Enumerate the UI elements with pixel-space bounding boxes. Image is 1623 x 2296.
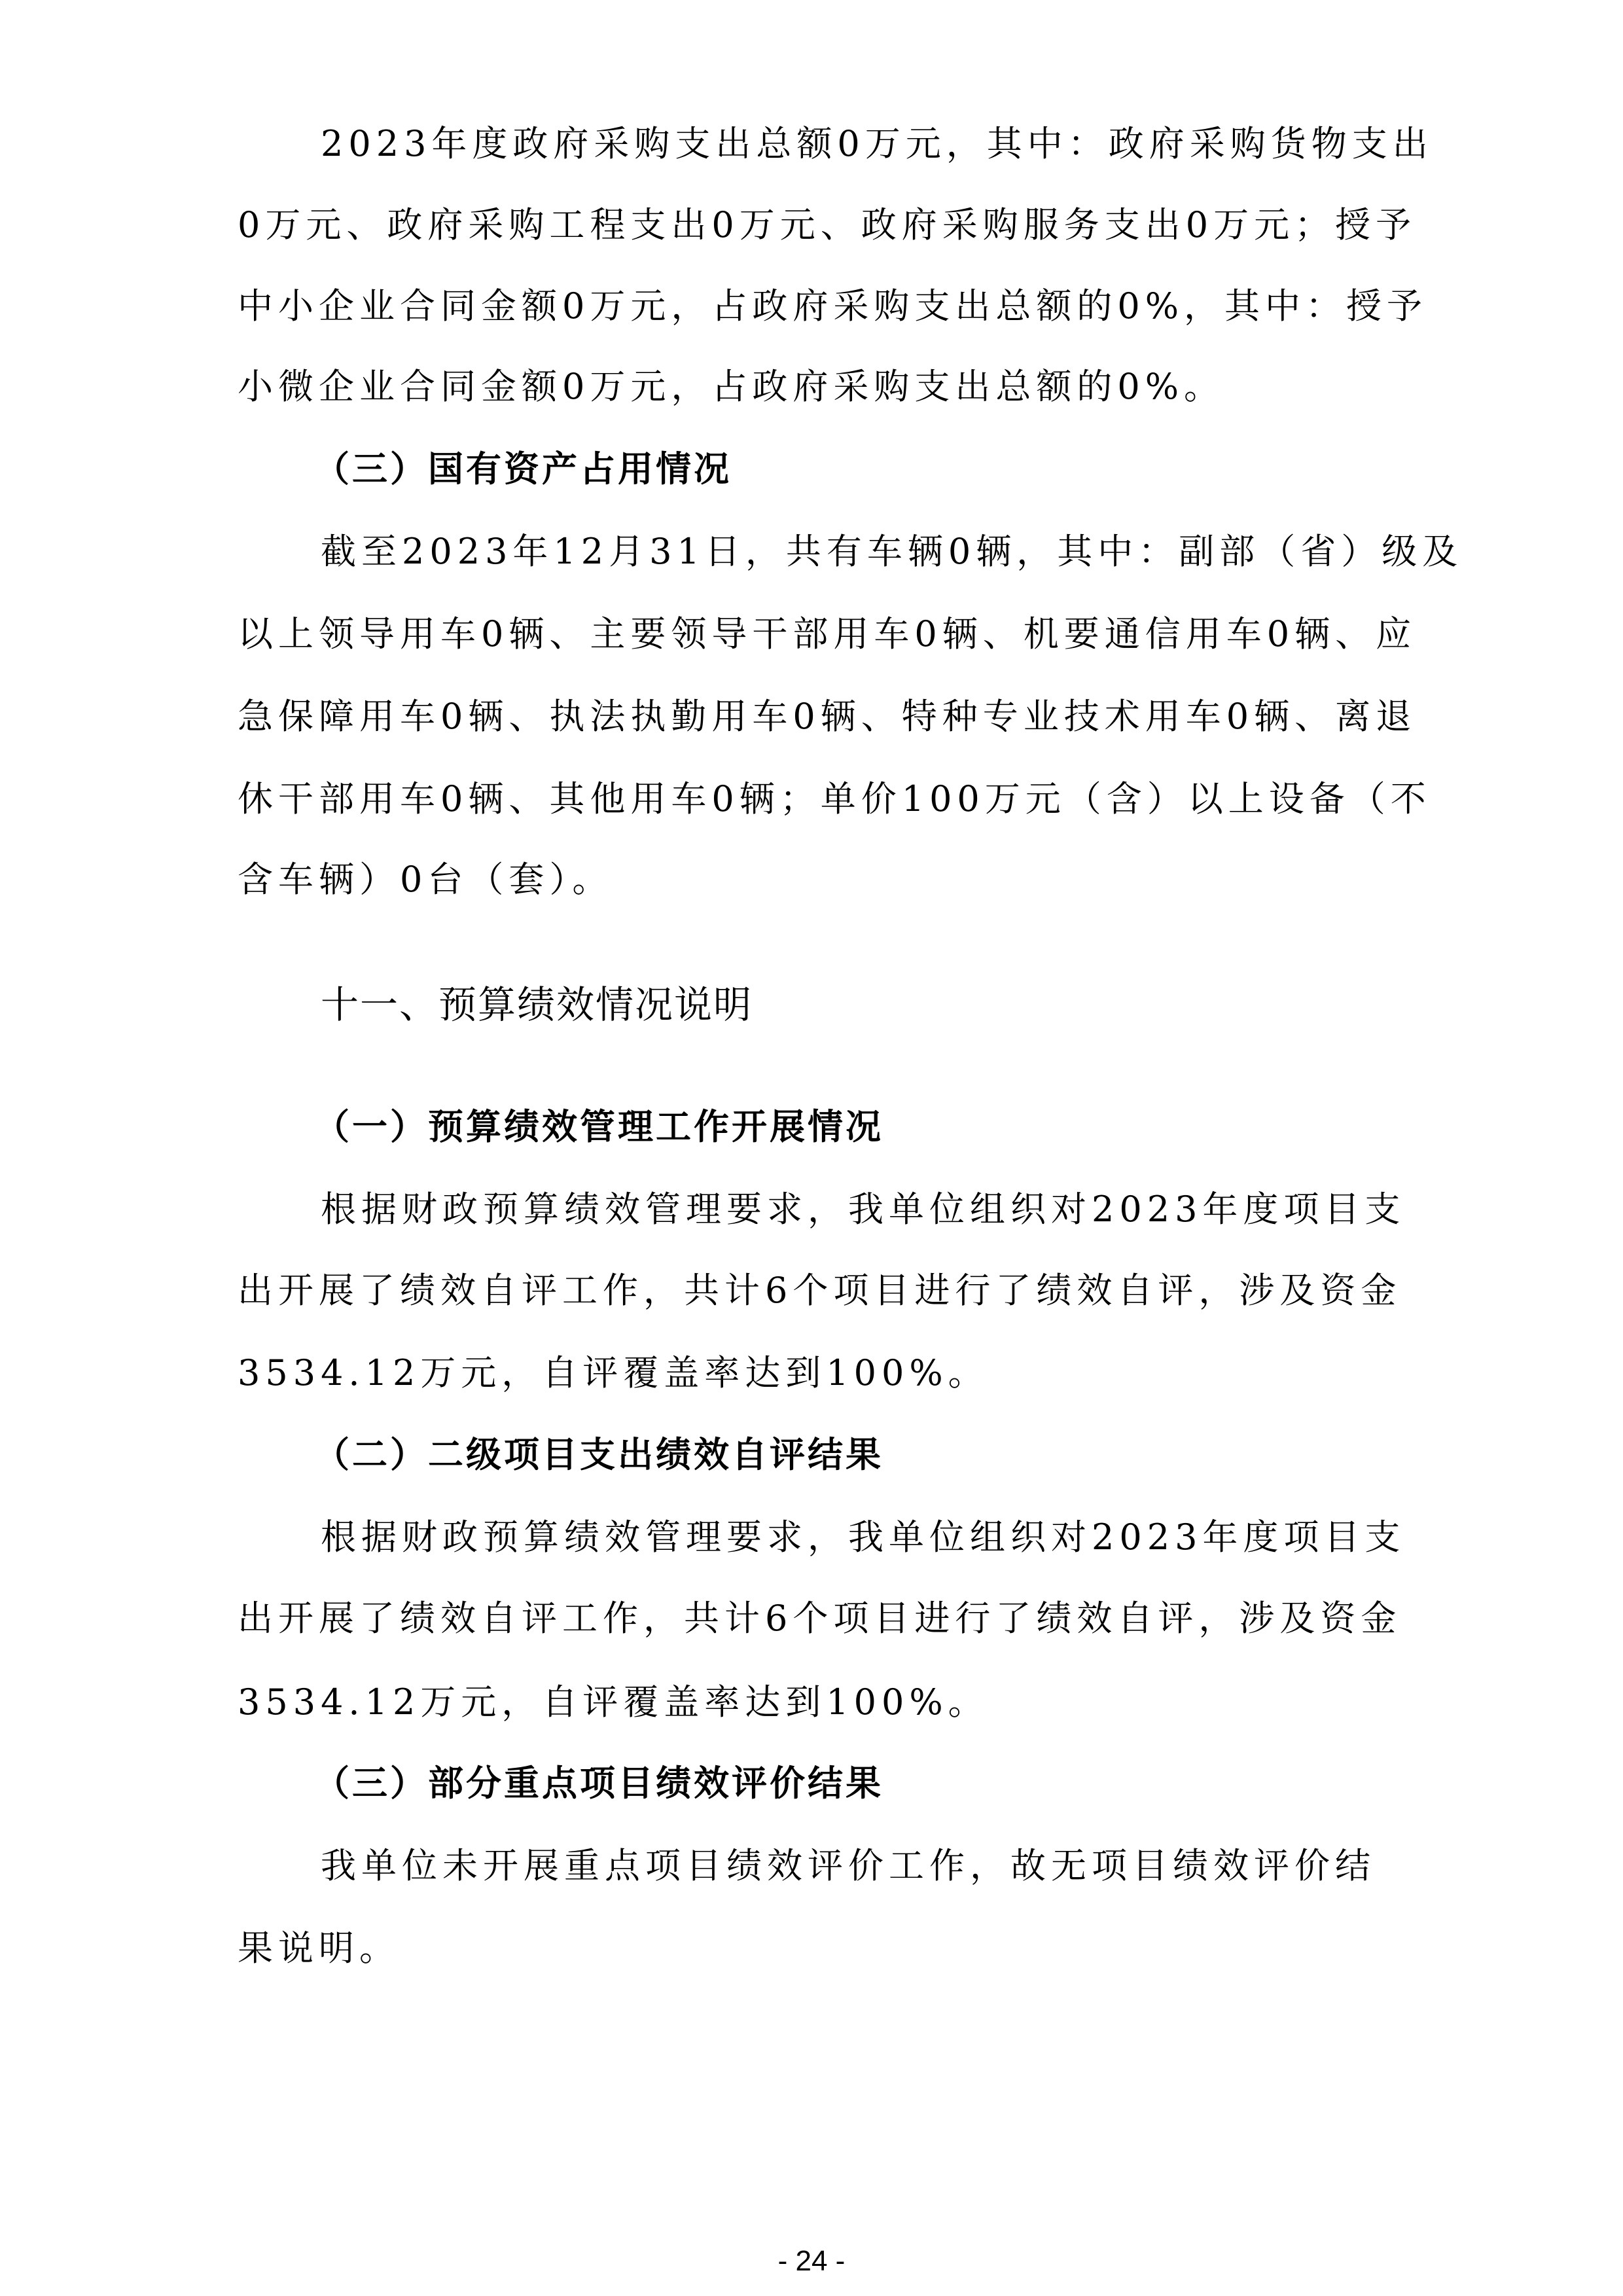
paragraph-line: 含车辆）0台（套）。: [238, 857, 1402, 903]
paragraph-line: 中小企业合同金额0万元，占政府采购支出总额的0%，其中：授予: [238, 283, 1402, 329]
section-heading-key-project-evaluation: （三）部分重点项目绩效评价结果: [314, 1761, 883, 1806]
chapter-heading-performance: 十一、预算绩效情况说明: [321, 980, 753, 1030]
section-heading-state-assets: （三）国有资产占用情况: [314, 446, 732, 492]
paragraph-line: 0万元、政府采购工程支出0万元、政府采购服务支出0万元；授予: [238, 202, 1402, 248]
section-heading-performance-management: （一）预算绩效管理工作开展情况: [314, 1104, 883, 1150]
paragraph-line: 果说明。: [238, 1926, 1402, 1971]
paragraph-line: 出开展了绩效自评工作，共计6个项目进行了绩效自评，涉及资金: [238, 1596, 1402, 1641]
paragraph-line: 小微企业合同金额0万元，占政府采购支出总额的0%。: [238, 364, 1402, 410]
section-heading-project-self-evaluation: （二）二级项目支出绩效自评结果: [314, 1432, 883, 1478]
paragraph-line: 2023年度政府采购支出总额0万元，其中：政府采购货物支出: [321, 121, 1402, 167]
paragraph-line: 急保障用车0辆、执法执勤用车0辆、特种专业技术用车0辆、离退: [238, 694, 1402, 740]
paragraph-line: 出开展了绩效自评工作，共计6个项目进行了绩效自评，涉及资金: [238, 1268, 1402, 1314]
page-number: - 24 -: [0, 2242, 1623, 2281]
paragraph-line: 休干部用车0辆、其他用车0辆；单价100万元（含）以上设备（不: [238, 776, 1402, 822]
paragraph-line: 根据财政预算绩效管理要求，我单位组织对2023年度项目支: [321, 1515, 1402, 1560]
paragraph-line: 截至2023年12月31日，共有车辆0辆，其中：副部（省）级及: [321, 529, 1402, 575]
paragraph-line: 3534.12万元，自评覆盖率达到100%。: [238, 1350, 1402, 1396]
paragraph-line: 以上领导用车0辆、主要领导干部用车0辆、机要通信用车0辆、应: [238, 611, 1402, 657]
paragraph-line: 根据财政预算绩效管理要求，我单位组织对2023年度项目支: [321, 1187, 1402, 1232]
paragraph-line: 我单位未开展重点项目绩效评价工作，故无项目绩效评价结: [321, 1843, 1402, 1889]
paragraph-line: 3534.12万元，自评覆盖率达到100%。: [238, 1679, 1402, 1725]
